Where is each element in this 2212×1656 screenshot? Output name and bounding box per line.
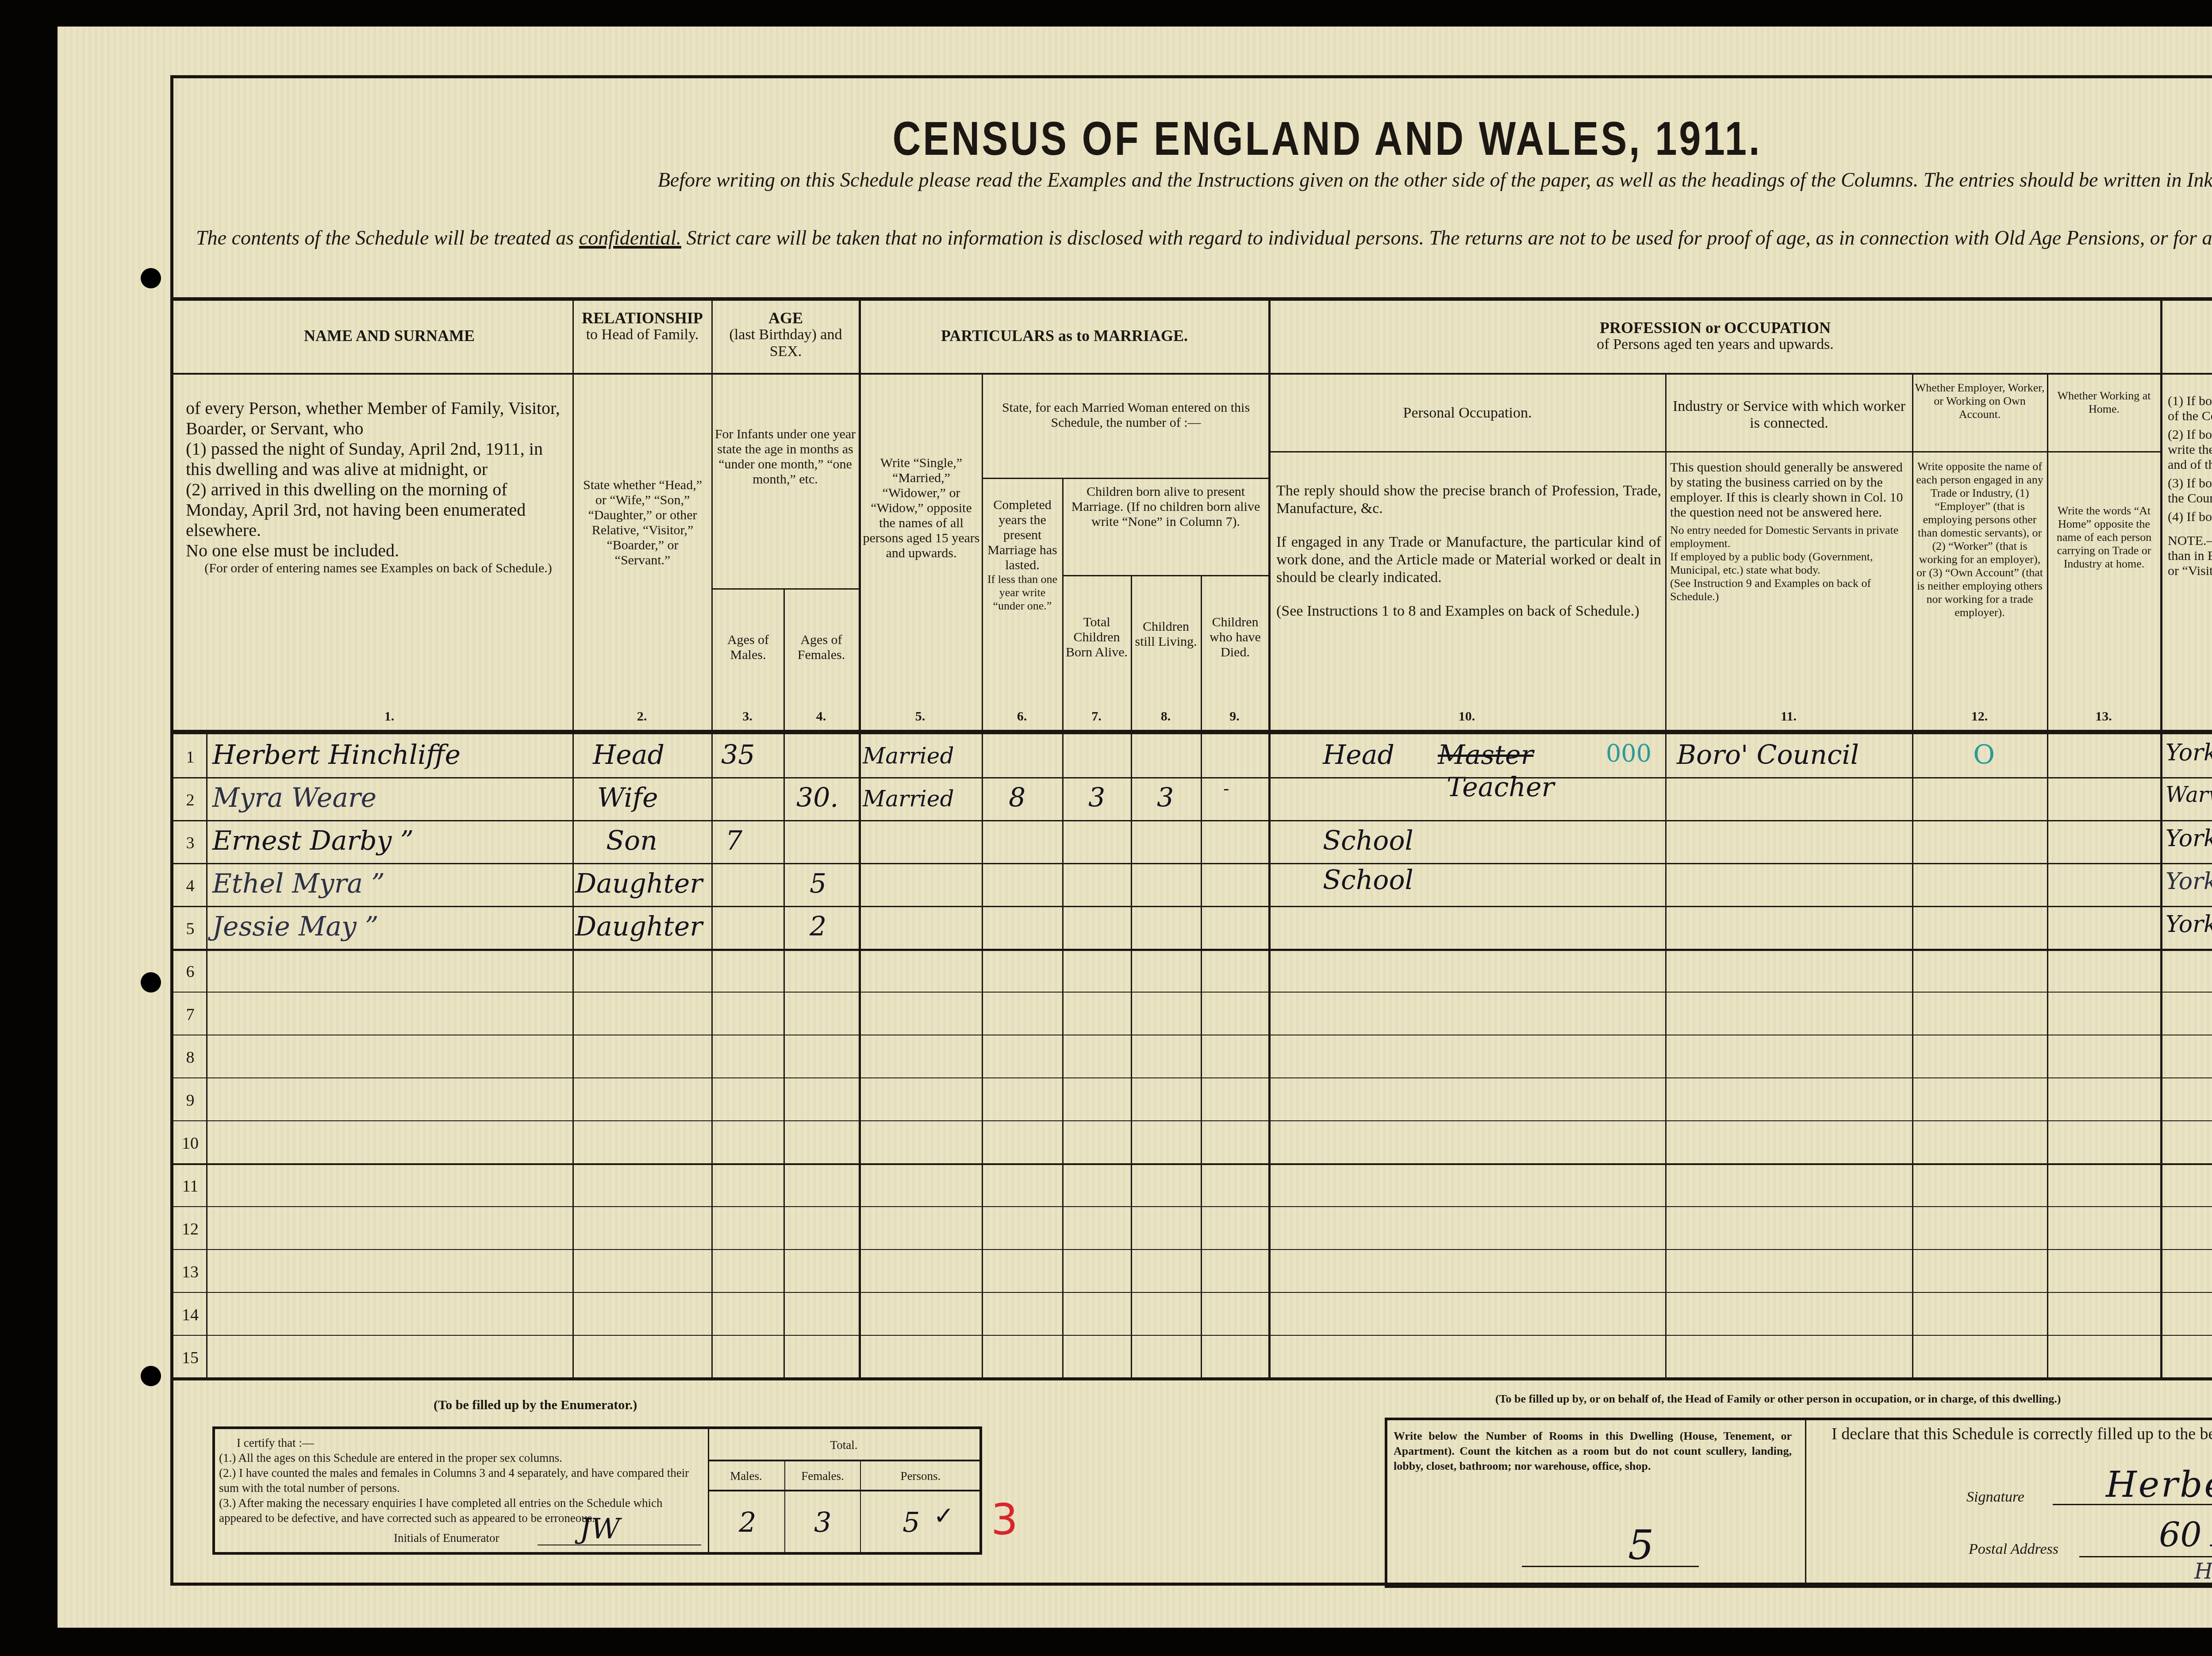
relationship-value[interactable]: Head	[593, 740, 664, 770]
relationship-value[interactable]: Daughter	[575, 868, 703, 899]
instruction-line: Before writing on this Schedule please r…	[398, 168, 2212, 192]
row-divider	[173, 1292, 2212, 1293]
row-number: 11	[177, 1177, 204, 1196]
occupation-value-line2[interactable]: Teacher	[1447, 772, 1554, 803]
cert-text: (1.) All the ages on this Schedule are e…	[219, 1450, 697, 1465]
group-divider	[173, 373, 2212, 375]
totals-sub-divider	[708, 1490, 980, 1491]
col-divider	[783, 588, 785, 1377]
initials-label: Initials of Enumerator	[394, 1530, 499, 1545]
red-annotation: 3	[991, 1495, 1018, 1545]
birthplace-heading: BIRTHPLACE of every person.	[2162, 323, 2212, 356]
children-died-value[interactable]: -	[1223, 778, 1229, 799]
column-number: 10.	[1268, 709, 1665, 724]
enumerator-caption: (To be filled up by the Enumerator.)	[434, 1398, 637, 1413]
row-divider	[173, 949, 2212, 951]
signature-value[interactable]: Herbert Hinchliffe	[2106, 1464, 2212, 1505]
personal-occupation-description: The reply should show the precise branch…	[1276, 482, 1661, 620]
marital-condition-value[interactable]: Married	[863, 743, 954, 769]
name-column-description: of every Person, whether Member of Famil…	[177, 398, 571, 576]
employer-status-description: Write opposite the name of each person e…	[1914, 460, 2046, 619]
row-number: 2	[177, 790, 204, 810]
desc-text: (For order of entering names see Example…	[177, 561, 571, 576]
age-female-value[interactable]: 5	[810, 868, 826, 899]
married-woman-instruction: State, for each Married Woman entered on…	[984, 400, 1267, 430]
birthplace-value[interactable]: Yorks. Huddersfield	[2166, 825, 2212, 852]
col-divider	[572, 301, 574, 1377]
person-name[interactable]: Ethel Myra ”	[212, 868, 385, 899]
row-divider	[173, 992, 2212, 993]
person-name[interactable]: Ernest Darby ”	[212, 825, 414, 856]
total-females-value[interactable]: 3	[814, 1506, 831, 1538]
sub-divider	[1062, 575, 1268, 576]
cert-text: I certify that :—	[219, 1435, 697, 1450]
row-divider	[173, 777, 2212, 778]
col-divider	[1131, 575, 1132, 1377]
row-number: 13	[177, 1262, 204, 1282]
desc-text: (See Instructions 1 to 8 and Examples on…	[1276, 602, 1661, 620]
desc-text: If employed by a public body (Government…	[1670, 550, 1909, 577]
column-number: 2.	[572, 709, 711, 724]
header-divider	[173, 297, 2212, 301]
age-infant-instruction: For Infants under one year state the age…	[714, 427, 856, 487]
sub-divider	[711, 588, 859, 590]
heading-text: RELATIONSHIP	[574, 310, 711, 326]
heading-text: PROFESSION or OCCUPATION	[1271, 319, 2160, 336]
age-male-value[interactable]: 35	[721, 740, 755, 770]
age-female-value[interactable]: 30.	[796, 782, 838, 813]
ages-of-females-heading: Ages of Females.	[785, 632, 858, 663]
col-divider	[711, 301, 713, 1377]
desc-text: This question should generally be answer…	[1670, 460, 1909, 520]
col-divider	[1665, 373, 1667, 1377]
declaration-text: I declare that this Schedule is correctl…	[1832, 1426, 2212, 1441]
row-divider	[173, 1206, 2212, 1207]
occupation-value[interactable]: School	[1323, 865, 1413, 896]
row-number: 4	[177, 876, 204, 896]
cert-text: (3.) After making the necessary enquirie…	[219, 1495, 697, 1526]
desc-text: (3) If born in a Foreign Country, write …	[2168, 476, 2212, 506]
children-living-value[interactable]: 3	[1157, 782, 1174, 813]
column-number: 4.	[783, 709, 859, 724]
row-number: 3	[177, 833, 204, 853]
table-bottom-border	[173, 1377, 2212, 1380]
col-divider	[1268, 301, 1271, 1377]
form-border	[170, 75, 2212, 1586]
row-divider	[173, 1335, 2212, 1336]
row-divider	[173, 1249, 2212, 1250]
desc-text: (1) passed the night of Sunday, April 2n…	[177, 439, 571, 479]
confidentiality-notice: The contents of the Schedule will be tre…	[195, 223, 2212, 253]
row-divider	[173, 1163, 2212, 1165]
children-died-heading: Children who have Died.	[1202, 615, 1268, 660]
birthplace-value[interactable]: Yorks, Holmebridge	[2166, 740, 2212, 766]
row-number: 12	[177, 1219, 204, 1239]
total-label: Total.	[708, 1437, 980, 1453]
age-female-value[interactable]: 2	[810, 911, 826, 942]
row-divider	[173, 1035, 2212, 1035]
person-name[interactable]: Jessie May ”	[212, 911, 379, 942]
employer-code: O	[1973, 740, 1995, 770]
row-divider	[173, 863, 2212, 864]
birthplace-value[interactable]: Warwick, Aston Manor	[2166, 782, 2212, 807]
totals-sub-divider	[708, 1460, 980, 1461]
marriage-heading: PARTICULARS as to MARRIAGE.	[861, 327, 1268, 344]
col-divider	[1912, 373, 1913, 1377]
col-divider	[1201, 575, 1202, 1377]
col-divider	[206, 734, 207, 1377]
relationship-column-description: State whether “Head,” or “Wife,” “Son,” …	[577, 478, 708, 568]
column-number: 3.	[711, 709, 783, 724]
row-number: 8	[177, 1048, 204, 1067]
heading-sub: of Persons aged ten years and upwards.	[1271, 336, 2160, 353]
marital-condition-instruction: Write “Single,” “Married,” “Widower,” or…	[863, 456, 980, 561]
total-persons-value[interactable]: 5	[902, 1506, 920, 1538]
occupation-value[interactable]: School	[1323, 825, 1413, 856]
desc-text: of every Person, whether Member of Famil…	[177, 398, 571, 439]
desc-text: (2) arrived in this dwelling on the morn…	[177, 479, 571, 540]
employer-status-heading: Whether Employer, Worker, or Working on …	[1914, 381, 2046, 421]
column-number: 11.	[1665, 709, 1912, 724]
row-number: 5	[177, 919, 204, 939]
marital-condition-value[interactable]: Married	[863, 786, 954, 812]
desc-text: NOTE.—In the case of persons born elsewh…	[2168, 533, 2212, 579]
head-section-divider	[1805, 1420, 1806, 1585]
desc-text: If engaged in any Trade or Manufacture, …	[1276, 533, 1661, 586]
occupation-value[interactable]: Head	[1323, 740, 1394, 770]
heading-note: If less than one year write “under one.”	[983, 573, 1062, 613]
relationship-column-heading: RELATIONSHIP to Head of Family.	[574, 310, 711, 343]
birthplace-value[interactable]: York. Huddersfield	[2166, 911, 2212, 938]
birthplace-value[interactable]: Yorks. Huddersfield	[2166, 868, 2212, 895]
name-column-heading: NAME AND SURNAME	[208, 327, 571, 344]
working-at-home-description: Write the words “At Home” opposite the n…	[2049, 504, 2159, 571]
heading-sub: (last Birthday) and SEX.	[713, 326, 859, 360]
heading-sub: to Head of Family.	[574, 326, 711, 343]
heading-text: Completed years the present Marriage has…	[983, 498, 1062, 573]
address-line2-value[interactable]: Huddersfield	[2194, 1559, 2212, 1584]
column-number: 7.	[1062, 709, 1131, 724]
desc-text: (4) If born at sea, write “At Sea.”	[2168, 510, 2212, 525]
years-married-heading: Completed years the present Marriage has…	[983, 498, 1062, 613]
desc-text: The reply should show the precise branch…	[1276, 482, 1661, 517]
cert-text: (2.) I have counted the males and female…	[219, 1465, 697, 1495]
industry-heading: Industry or Service with which worker is…	[1667, 398, 1911, 432]
total-born-alive-heading: Total Children Born Alive.	[1064, 615, 1130, 660]
industry-description: This question should generally be answer…	[1670, 460, 1909, 603]
personal-occupation-heading: Personal Occupation.	[1271, 405, 1664, 422]
column-number-divider	[173, 730, 2212, 734]
address-line	[2079, 1556, 2212, 1557]
rooms-count-value[interactable]: 5	[1628, 1522, 1654, 1569]
column-number: 8.	[1131, 709, 1201, 724]
industry-value[interactable]: Boro' Council	[1677, 740, 1859, 770]
ages-of-males-heading: Ages of Males.	[713, 632, 783, 663]
column-number: 12.	[1912, 709, 2047, 724]
working-at-home-heading: Whether Working at Home.	[2049, 389, 2159, 416]
heading-text: BIRTHPLACE	[2162, 323, 2212, 340]
age-male-value[interactable]: 7	[726, 825, 742, 856]
enumerator-certification: I certify that :— (1.) All the ages on t…	[219, 1435, 697, 1526]
notice-text: Strict care will be taken that no inform…	[681, 226, 2212, 249]
females-label: Females.	[785, 1468, 860, 1483]
row-divider	[173, 820, 2212, 821]
children-born-value[interactable]: 3	[1088, 782, 1105, 813]
column-number: 1.	[206, 709, 572, 724]
desc-text: (See Instruction 9 and Examples on back …	[1670, 577, 1909, 603]
person-name[interactable]: Myra Weare	[212, 782, 376, 813]
check-mark-icon: ✓	[933, 1502, 954, 1530]
children-born-alive-heading: Children born alive to present Marriage.…	[1064, 484, 1267, 529]
row-number: 10	[177, 1134, 204, 1153]
column-number: 13.	[2047, 709, 2160, 724]
postal-address-label: Postal Address	[1969, 1542, 2058, 1557]
desc-text: (2) If born in any other part of the Bri…	[2168, 427, 2212, 472]
total-males-value[interactable]: 2	[739, 1506, 756, 1538]
column-number: 14	[2160, 709, 2212, 724]
col-divider	[1062, 478, 1064, 1377]
address-line1-value[interactable]: 60 Ashbow Rd, Fartown	[2159, 1515, 2212, 1554]
signature-label: Signature	[1966, 1490, 2024, 1505]
row-divider	[173, 906, 2212, 907]
row-number: 15	[177, 1348, 204, 1368]
birthplace-description: (1) If born in the United Kingdom, write…	[2168, 394, 2212, 579]
form-title: CENSUS OF ENGLAND AND WALES, 1911.	[747, 111, 1908, 166]
heading-text: AGE	[713, 310, 859, 326]
row-divider	[173, 1120, 2212, 1121]
row-number: 7	[177, 1005, 204, 1024]
col-divider	[2160, 301, 2162, 1377]
males-label: Males.	[708, 1468, 784, 1483]
enumerator-initials[interactable]: JW	[580, 1513, 620, 1545]
col-divider	[2047, 373, 2048, 1377]
rooms-line	[1522, 1566, 1699, 1567]
notice-text: The contents of the Schedule will be tre…	[196, 226, 579, 249]
relationship-value[interactable]: Wife	[597, 782, 658, 813]
years-married-value[interactable]: 8	[1009, 782, 1025, 813]
row-divider	[173, 1077, 2212, 1078]
occupation-heading: PROFESSION or OCCUPATION of Persons aged…	[1271, 319, 2160, 353]
punch-hole	[141, 268, 161, 288]
desc-text: No one else must be included.	[177, 540, 571, 561]
children-living-heading: Children still Living.	[1132, 619, 1200, 649]
head-section-caption: (To be filled up by, or on behalf of, th…	[1495, 1392, 2061, 1406]
row-number: 6	[177, 962, 204, 981]
age-column-heading: AGE (last Birthday) and SEX.	[713, 310, 859, 360]
rooms-instruction: Write below the Number of Rooms in this …	[1394, 1429, 1792, 1474]
row-number: 1	[177, 747, 204, 767]
col-divider	[859, 301, 861, 1377]
confidential-word: confidential.	[579, 226, 681, 249]
heading-sub: of every person.	[2162, 340, 2212, 356]
column-number: 9.	[1201, 709, 1268, 724]
persons-label: Persons.	[861, 1468, 980, 1483]
punch-hole	[141, 972, 161, 993]
punch-hole	[141, 1366, 161, 1386]
occupation-code: 000	[1606, 740, 1651, 767]
column-number: 5.	[859, 709, 982, 724]
column-number: 6.	[982, 709, 1062, 724]
relationship-value[interactable]: Son	[606, 825, 657, 856]
desc-text: No entry needed for Domestic Servants in…	[1670, 524, 1909, 550]
sub-divider	[982, 478, 1268, 479]
desc-text: (1) If born in the United Kingdom, write…	[2168, 394, 2212, 424]
person-name[interactable]: Herbert Hinchliffe	[212, 740, 461, 770]
row-number: 9	[177, 1091, 204, 1110]
row-number: 14	[177, 1305, 204, 1325]
relationship-value[interactable]: Daughter	[575, 911, 703, 942]
sub-divider	[1268, 451, 2160, 452]
occupation-struck-value: Master	[1438, 740, 1533, 770]
